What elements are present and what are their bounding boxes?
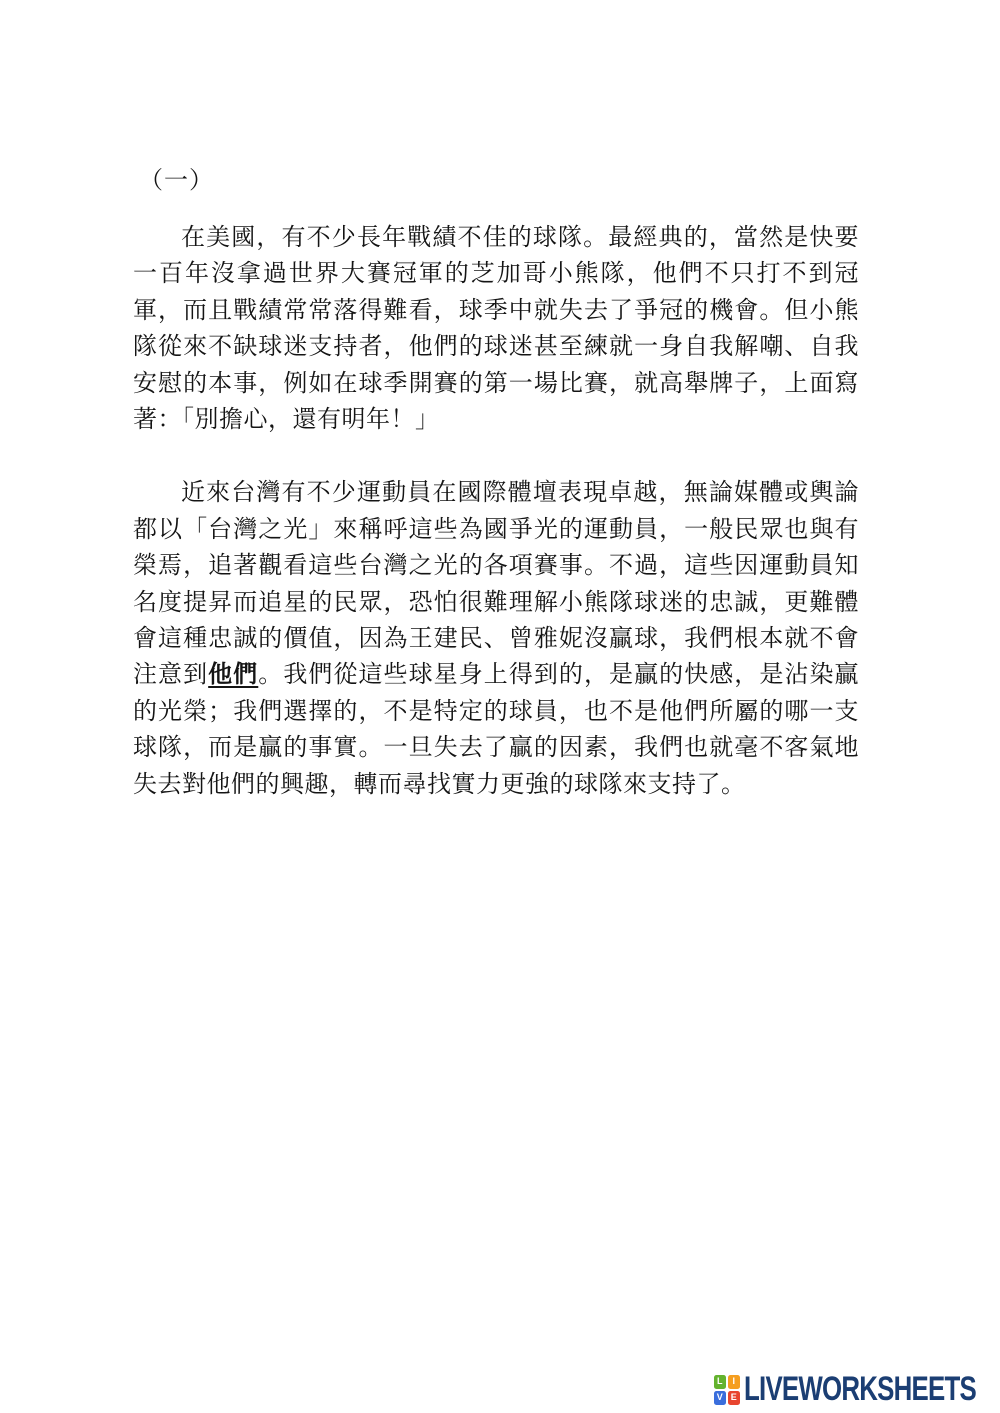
paragraph-1: 在美國，有不少長年戰績不佳的球隊。最經典的，當然是快要一百年沒拿過世界大賽冠軍的… [133, 220, 859, 438]
logo-tile-l: L [714, 1375, 726, 1389]
logo-tile-e: E [728, 1391, 740, 1405]
liveworksheets-logo-link[interactable]: L I V E LIVEWORKSHEETS [714, 1370, 987, 1409]
worksheet-page: （一） 在美國，有不少長年戰績不佳的球隊。最經典的，當然是快要一百年沒拿過世界大… [0, 0, 1000, 1413]
section-label: （一） [139, 166, 859, 196]
paragraph-2: 近來台灣有不少運動員在國際體壇表現卓越，無論媒體或輿論都以「台灣之光」來稱呼這些… [133, 475, 859, 803]
liveworksheets-tiles-icon: L I V E [714, 1375, 740, 1405]
reading-passage: （一） 在美國，有不少長年戰績不佳的球隊。最經典的，當然是快要一百年沒拿過世界大… [133, 166, 859, 803]
paragraph-2-text-before: 近來台灣有不少運動員在國際體壇表現卓越，無論媒體或輿論都以「台灣之光」來稱呼這些… [133, 480, 859, 688]
logo-tile-i: I [728, 1375, 740, 1389]
logo-tile-v: V [714, 1391, 726, 1405]
brand-wordmark: LIVEWORKSHEETS [744, 1370, 976, 1409]
paragraph-2-emphasis: 他們 [208, 662, 258, 688]
